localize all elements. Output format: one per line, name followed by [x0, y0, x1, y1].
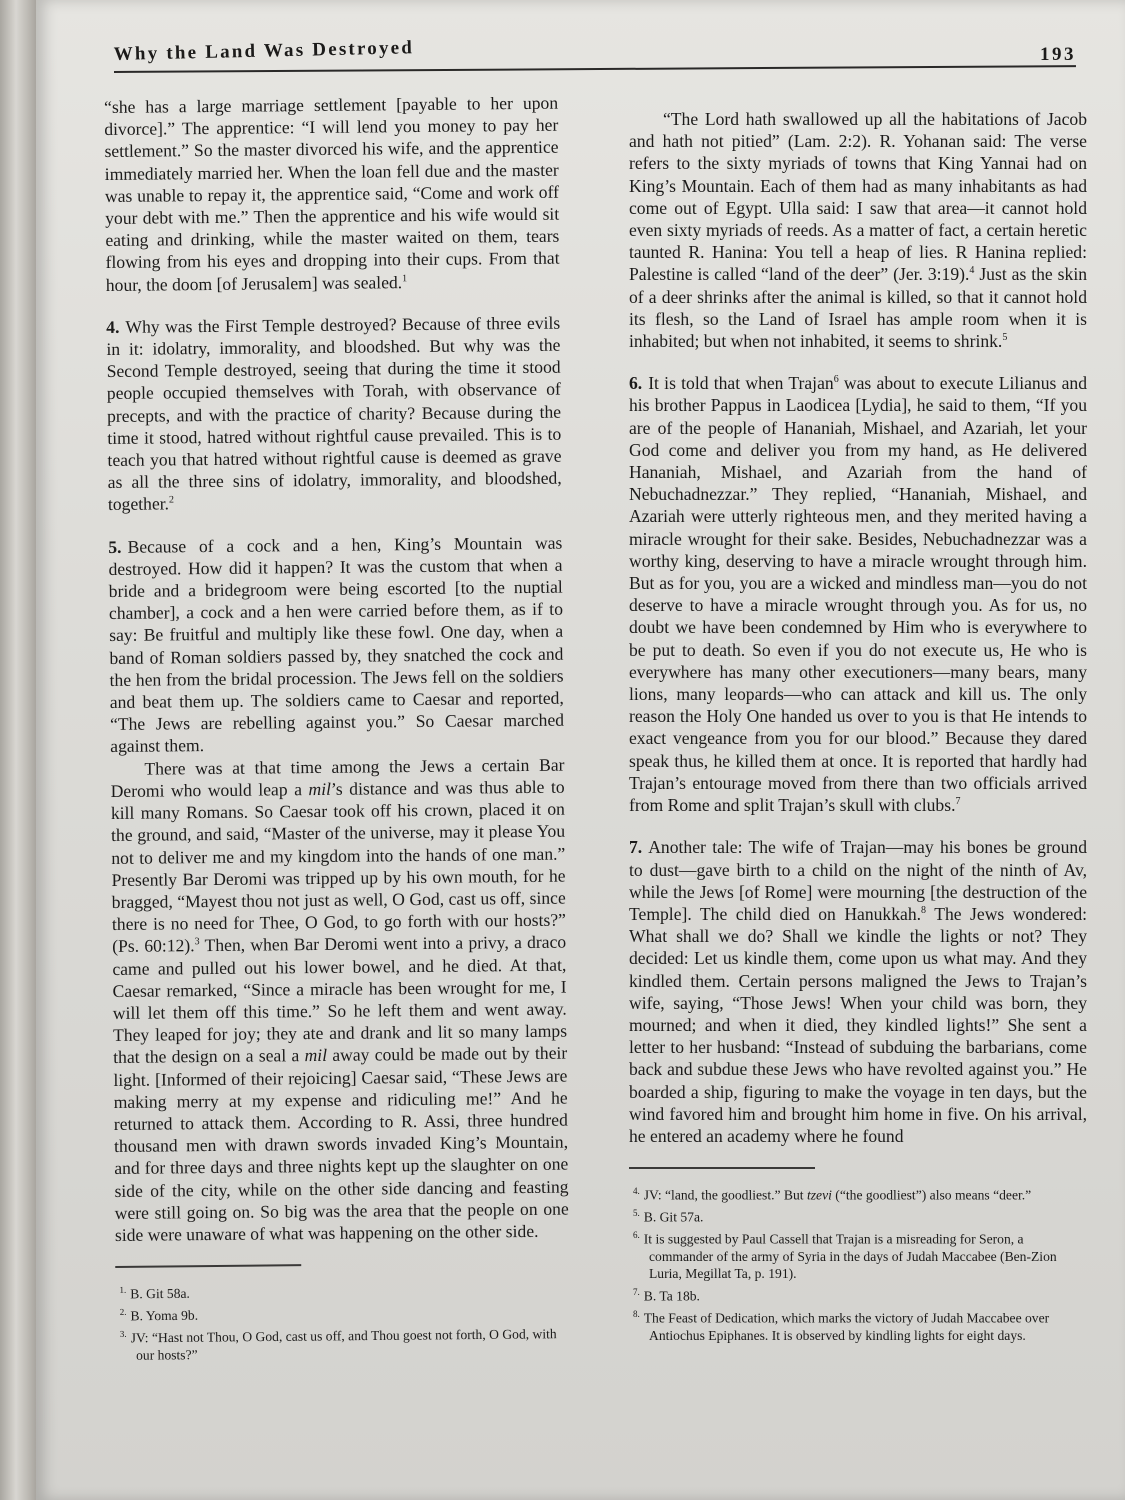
- footnote-text: (“the goodliest”) also means “deer.”: [832, 1187, 1031, 1202]
- section-text: was about to execute Lilianus and his br…: [629, 373, 1087, 815]
- footnote-mark: 8.: [633, 1309, 640, 1319]
- footnote-mark: 4.: [633, 1186, 640, 1196]
- footnote-8: 8.The Feast of Dedication, which marks t…: [629, 1306, 1087, 1345]
- running-header: Why the Land Was Destroyed 193: [114, 40, 1076, 72]
- book-page: Why the Land Was Destroyed 193 “she has …: [36, 0, 1125, 1500]
- section-number: 6.: [629, 373, 642, 393]
- running-title: Why the Land Was Destroyed: [114, 37, 415, 66]
- footnote-1: 1.B. Git 58a.: [115, 1277, 569, 1302]
- italic-term: mil: [308, 779, 331, 799]
- footnote-mark: 7.: [633, 1287, 640, 1297]
- section-4: 4.Why was the First Temple destroyed? Be…: [106, 311, 562, 515]
- footnote-ref: 2: [169, 495, 174, 506]
- footnote-text: JV: “land, the goodliest.” But: [644, 1187, 807, 1202]
- left-footnotes: 1.B. Git 58a. 2.B. Yoma 9b. 3.JV: “Hast …: [115, 1277, 570, 1364]
- footnote-mark: 6.: [633, 1230, 640, 1240]
- paragraph-text: “The Lord hath swallowed up all the habi…: [629, 109, 1087, 284]
- continued-paragraph: “she has a large marriage settlement [pa…: [104, 92, 560, 296]
- section-text: Because of a cock and a hen, King’s Moun…: [108, 532, 564, 756]
- section-5: 5.Because of a cock and a hen, King’s Mo…: [108, 531, 564, 757]
- footnote-mark: 5.: [633, 1208, 640, 1218]
- footnote-text: B. Git 57a.: [644, 1209, 704, 1224]
- continued-paragraph: “The Lord hath swallowed up all the habi…: [629, 108, 1087, 352]
- footnote-text: B. Git 58a.: [130, 1285, 190, 1301]
- footnote-mark: 3.: [120, 1329, 127, 1339]
- paragraph-text: “she has a large marriage settlement [pa…: [104, 93, 560, 295]
- italic-term: tzevi: [807, 1187, 832, 1202]
- footnote-mark: 2.: [120, 1307, 127, 1317]
- footnote-6: 6.It is suggested by Paul Cassell that T…: [629, 1227, 1087, 1283]
- right-column: “The Lord hath swallowed up all the habi…: [629, 108, 1087, 1345]
- footnote-4: 4.JV: “land, the goodliest.” But tzevi (…: [629, 1183, 1087, 1204]
- footnote-ref: 5: [1002, 332, 1007, 343]
- right-footnotes: 4.JV: “land, the goodliest.” But tzevi (…: [629, 1183, 1087, 1345]
- paragraph-text: ’s distance and was thus able to kill ma…: [111, 777, 566, 957]
- section-text: Why was the First Temple destroyed? Beca…: [106, 312, 561, 514]
- section-number: 5.: [108, 537, 121, 557]
- paragraph-text: away could be made out by their light. […: [113, 1043, 568, 1245]
- footnote-text: JV: “Hast not Thou, O God, cast us off, …: [131, 1326, 557, 1363]
- section-number: 4.: [106, 317, 119, 337]
- section-7: 7.Another tale: The wife of Trajan—may h…: [629, 836, 1087, 1147]
- footnote-mark: 1.: [119, 1284, 126, 1294]
- header-rule: [114, 65, 1076, 73]
- footnote-2: 2.B. Yoma 9b.: [116, 1299, 570, 1324]
- book-spine-gutter: [0, 0, 40, 1500]
- footnote-5: 5.B. Git 57a.: [629, 1205, 1087, 1226]
- italic-term: mil: [304, 1045, 327, 1065]
- footnote-ref: 1: [402, 273, 407, 284]
- footnote-text: It is suggested by Paul Cassell that Tra…: [644, 1231, 1057, 1281]
- footnote-rule: [629, 1167, 815, 1169]
- section-text: It is told that when Trajan: [648, 373, 833, 393]
- footnote-text: B. Yoma 9b.: [130, 1307, 198, 1323]
- section-number: 7.: [629, 837, 642, 857]
- footnote-text: B. Ta 18b.: [644, 1288, 700, 1303]
- section-6: 6.It is told that when Trajan6 was about…: [629, 372, 1087, 816]
- page-number: 193: [1040, 44, 1076, 66]
- footnote-3: 3.JV: “Hast not Thou, O God, cast us off…: [116, 1321, 570, 1364]
- footnote-7: 7.B. Ta 18b.: [629, 1284, 1087, 1305]
- footnote-text: The Feast of Dedication, which marks the…: [644, 1310, 1049, 1343]
- section-text: The Jews wondered: What shall we do? Sha…: [629, 904, 1087, 1146]
- footnote-rule: [115, 1264, 301, 1267]
- left-column: “she has a large marriage settlement [pa…: [104, 92, 570, 1366]
- section-5-paragraph-2: There was at that time among the Jews a …: [110, 753, 569, 1246]
- footnote-ref: 7: [955, 796, 960, 807]
